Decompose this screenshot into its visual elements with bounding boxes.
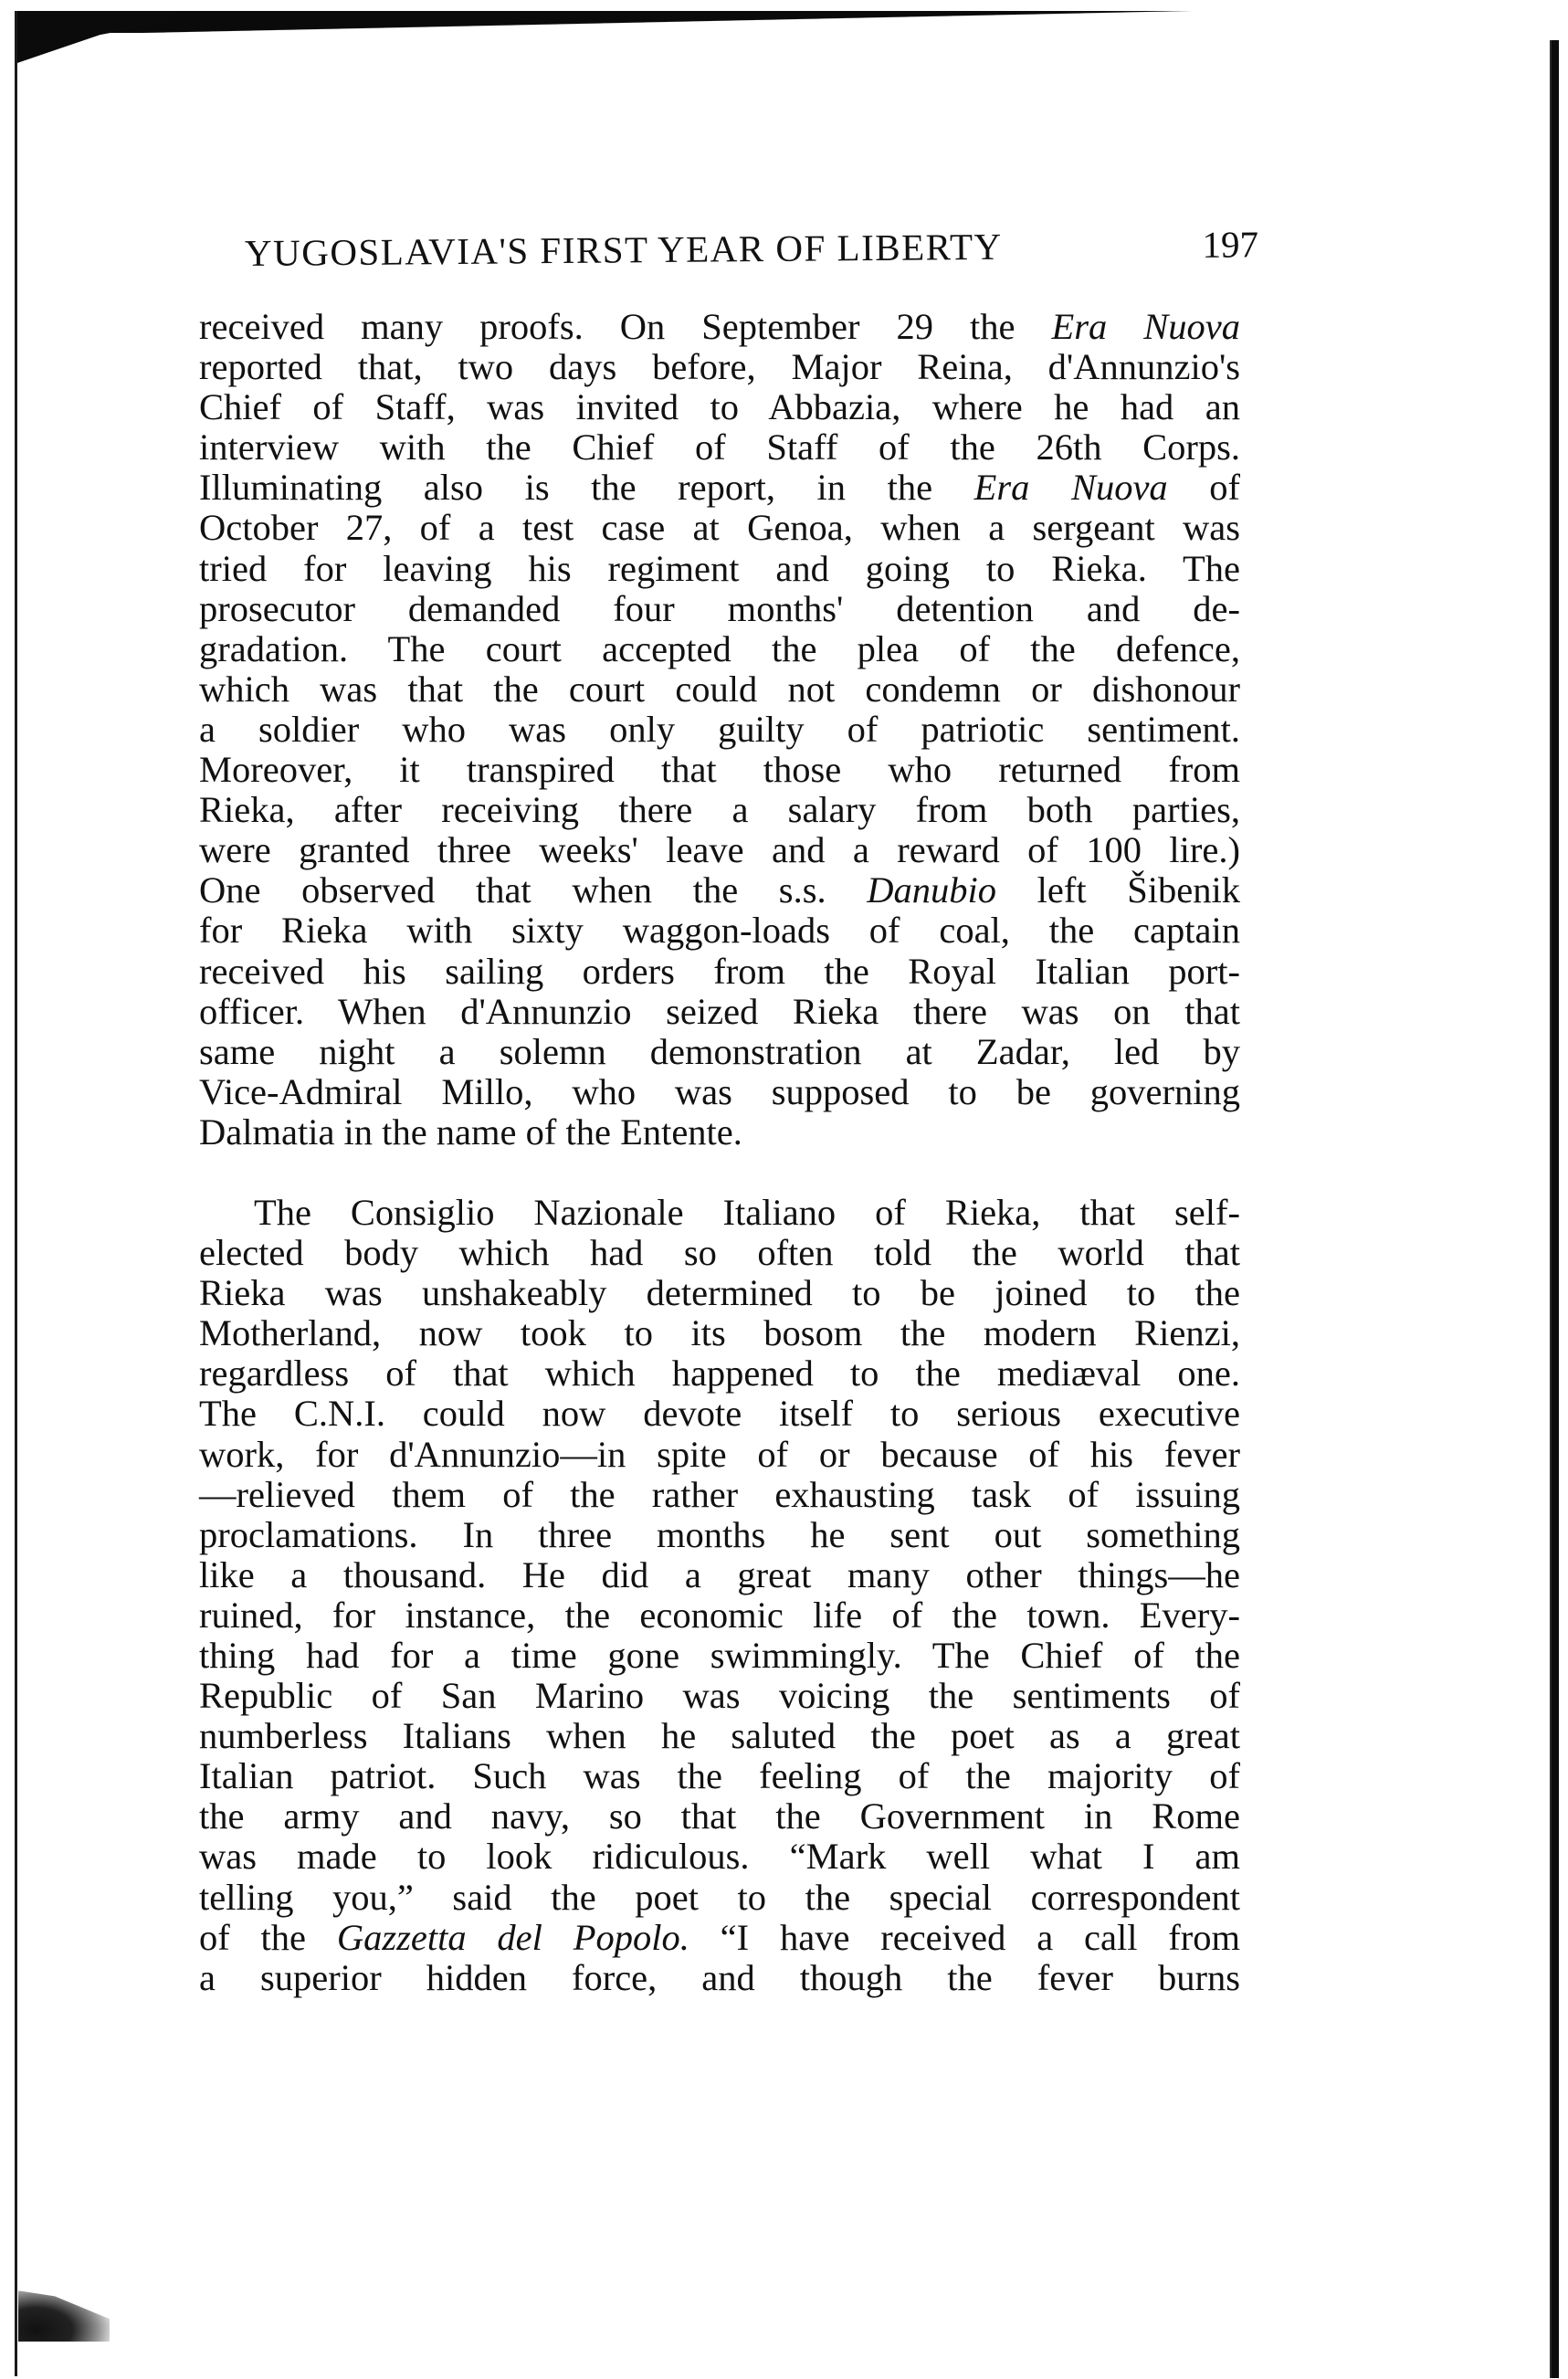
text-line: Republic of San Marino was voicing the s… (199, 1676, 1240, 1716)
text-line: reported that, two days before, Major Re… (199, 347, 1240, 387)
text-segment: a superior hidden force, and though the … (199, 1957, 1240, 1998)
text-segment: numberless Italians when he saluted the … (199, 1715, 1240, 1756)
text-line: The C.N.I. could now devote itself to se… (199, 1394, 1240, 1434)
paragraph-2: The Consiglio Nazionale Italiano of Riek… (199, 1193, 1240, 1998)
text-line: Italian patriot. Such was the feeling of… (199, 1756, 1240, 1796)
italic-title: Era Nuova (974, 467, 1168, 508)
text-segment: a soldier who was only guilty of patriot… (199, 709, 1240, 750)
text-line: received many proofs. On September 29 th… (199, 307, 1240, 347)
text-segment: proclamations. In three months he sent o… (199, 1514, 1240, 1555)
page-number: 197 (1202, 222, 1258, 267)
text-line: thing had for a time gone swimmingly. Th… (199, 1636, 1240, 1676)
text-segment: Moreover, it transpired that those who r… (199, 749, 1240, 790)
text-line: work, for d'Annunzio—in spite of or beca… (199, 1435, 1240, 1475)
text-segment: of the (199, 1917, 337, 1958)
text-line: —relieved them of the rather exhausting … (199, 1475, 1240, 1515)
body-text: received many proofs. On September 29 th… (199, 307, 1240, 1998)
text-line: numberless Italians when he saluted the … (199, 1716, 1240, 1756)
text-segment: Motherland, now took to its bosom the mo… (199, 1312, 1240, 1353)
text-line: proclamations. In three months he sent o… (199, 1515, 1240, 1555)
scan-bottom-smudge (18, 2285, 110, 2342)
text-line: Chief of Staff, was invited to Abbazia, … (199, 387, 1240, 427)
text-segment: Chief of Staff, was invited to Abbazia, … (199, 386, 1240, 427)
text-line: of the Gazzetta del Popolo. “I have rece… (199, 1918, 1240, 1958)
text-segment: work, for d'Annunzio—in spite of or beca… (199, 1434, 1240, 1475)
text-segment: “I have received a call from (689, 1917, 1240, 1958)
text-line: a superior hidden force, and though the … (199, 1958, 1240, 1998)
text-line: Moreover, it transpired that those who r… (199, 750, 1240, 790)
text-segment: thing had for a time gone swimmingly. Th… (199, 1635, 1240, 1676)
text-segment: reported that, two days before, Major Re… (199, 346, 1240, 387)
text-line: Motherland, now took to its bosom the mo… (199, 1313, 1240, 1353)
text-line: elected body which had so often told the… (199, 1233, 1240, 1273)
text-line: telling you,” said the poet to the speci… (199, 1878, 1240, 1918)
text-line: was made to look ridiculous. “Mark well … (199, 1837, 1240, 1877)
text-line: which was that the court could not conde… (199, 669, 1240, 710)
italic-title: Era Nuova (1051, 306, 1240, 347)
text-segment: interview with the Chief of Staff of the… (199, 426, 1240, 468)
running-head: YUGOSLAVIA'S FIRST YEAR OF LIBERTY 197 (245, 222, 1258, 275)
text-segment: officer. When d'Annunzio seized Rieka th… (199, 991, 1240, 1032)
text-segment: the army and navy, so that the Governmen… (199, 1795, 1240, 1837)
text-line: gradation. The court accepted the plea o… (199, 629, 1240, 669)
text-segment: tried for leaving his regiment and going… (199, 548, 1240, 589)
scan-top-left-shadow (15, 11, 170, 64)
text-line: for Rieka with sixty waggon-loads of coa… (199, 911, 1240, 951)
text-segment: Rieka was unshakeably determined to be j… (199, 1272, 1240, 1313)
text-segment: were granted three weeks' leave and a re… (199, 829, 1240, 870)
text-segment: The Consiglio Nazionale Italiano of Riek… (254, 1192, 1240, 1233)
text-line: Rieka was unshakeably determined to be j… (199, 1273, 1240, 1313)
text-segment: Vice-Admiral Millo, who was supposed to … (199, 1071, 1240, 1112)
text-line: Dalmatia in the name of the Entente. (199, 1112, 1240, 1153)
text-segment: received his sailing orders from the Roy… (199, 951, 1240, 992)
text-segment: gradation. The court accepted the plea o… (199, 628, 1240, 669)
text-line: like a thousand. He did a great many oth… (199, 1555, 1240, 1595)
text-segment: same night a solemn demonstration at Zad… (199, 1031, 1240, 1072)
text-line: The Consiglio Nazionale Italiano of Riek… (199, 1193, 1240, 1233)
text-segment: Dalmatia in the name of the Entente. (199, 1111, 742, 1153)
italic-title: Gazzetta del Popolo. (337, 1917, 689, 1958)
text-line: were granted three weeks' leave and a re… (199, 830, 1240, 870)
text-segment: October 27, of a test case at Genoa, whe… (199, 507, 1240, 548)
text-line: regardless of that which happened to the… (199, 1353, 1240, 1394)
text-segment: was made to look ridiculous. “Mark well … (199, 1836, 1240, 1877)
text-line: October 27, of a test case at Genoa, whe… (199, 508, 1240, 548)
italic-title: Danubio (867, 869, 996, 911)
text-segment: like a thousand. He did a great many oth… (199, 1554, 1240, 1595)
text-segment: received many proofs. On September 29 th… (199, 306, 1051, 347)
text-line: ruined, for instance, the economic life … (199, 1595, 1240, 1636)
paragraph-1: received many proofs. On September 29 th… (199, 307, 1240, 1153)
text-segment: telling you,” said the poet to the speci… (199, 1877, 1240, 1918)
text-segment: Rieka, after receiving there a salary fr… (199, 789, 1240, 830)
text-line: Illuminating also is the report, in the … (199, 468, 1240, 508)
text-line: same night a solemn demonstration at Zad… (199, 1032, 1240, 1072)
text-line: interview with the Chief of Staff of the… (199, 427, 1240, 468)
text-line: tried for leaving his regiment and going… (199, 549, 1240, 589)
scan-right-edge (1550, 40, 1559, 2378)
text-line: officer. When d'Annunzio seized Rieka th… (199, 992, 1240, 1032)
text-segment: which was that the court could not conde… (199, 668, 1240, 710)
text-segment: Illuminating also is the report, in the (199, 467, 974, 508)
text-segment: of (1168, 467, 1240, 508)
text-segment: Republic of San Marino was voicing the s… (199, 1675, 1240, 1716)
text-line: One observed that when the s.s. Danubio … (199, 870, 1240, 911)
text-segment: One observed that when the s.s. (199, 869, 867, 911)
text-segment: Italian patriot. Such was the feeling of… (199, 1755, 1240, 1796)
text-segment: The C.N.I. could now devote itself to se… (199, 1393, 1240, 1434)
text-segment: regardless of that which happened to the… (199, 1353, 1240, 1394)
text-segment: for Rieka with sixty waggon-loads of coa… (199, 910, 1240, 951)
text-segment: ruined, for instance, the economic life … (199, 1595, 1240, 1636)
text-segment: —relieved them of the rather exhausting … (199, 1474, 1240, 1515)
text-line: a soldier who was only guilty of patriot… (199, 710, 1240, 750)
text-line: Rieka, after receiving there a salary fr… (199, 790, 1240, 830)
running-head-title: YUGOSLAVIA'S FIRST YEAR OF LIBERTY (245, 225, 1003, 275)
text-segment: prosecutor demanded four months' detenti… (199, 588, 1240, 629)
text-line: Vice-Admiral Millo, who was supposed to … (199, 1072, 1240, 1112)
text-line: received his sailing orders from the Roy… (199, 952, 1240, 992)
text-segment: left Šibenik (996, 869, 1240, 911)
text-segment: elected body which had so often told the… (199, 1232, 1240, 1273)
scan-top-edge (15, 11, 1552, 33)
text-line: prosecutor demanded four months' detenti… (199, 589, 1240, 629)
text-line: the army and navy, so that the Governmen… (199, 1796, 1240, 1837)
scan-left-edge (15, 11, 17, 2376)
